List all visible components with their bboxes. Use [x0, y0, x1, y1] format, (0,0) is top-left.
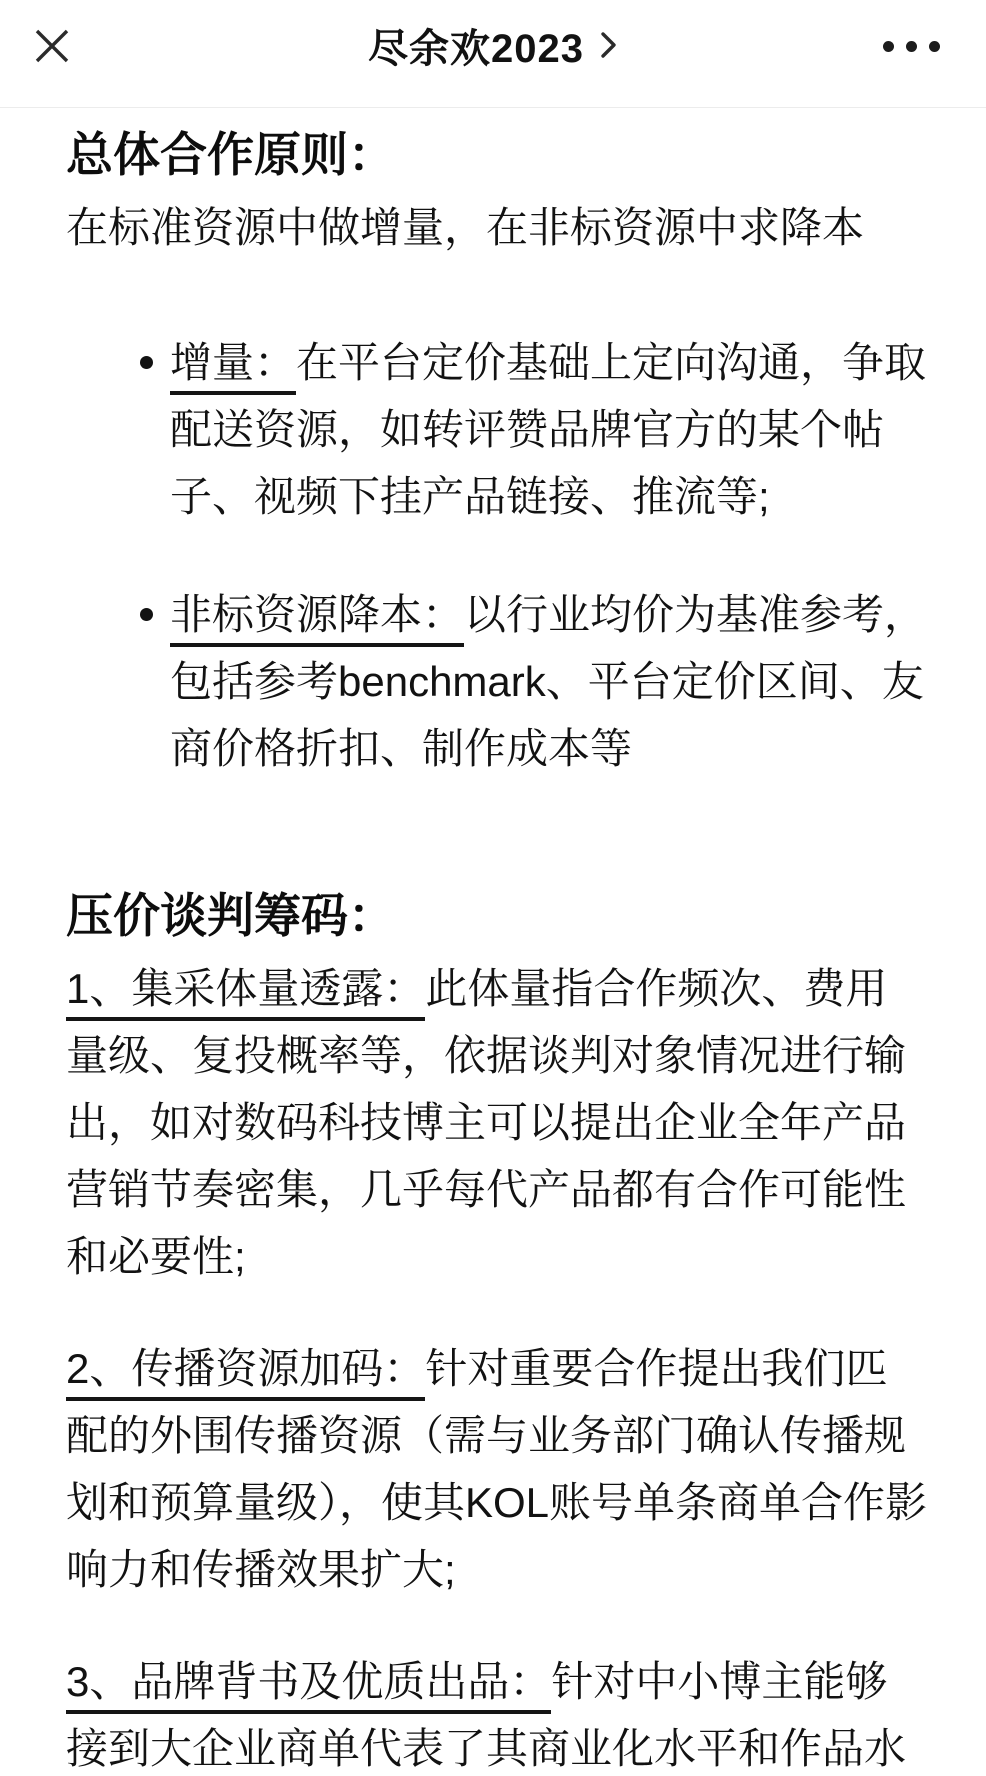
more-button[interactable] [879, 22, 944, 70]
numbered-paragraph-1: 1、集采体量透露：此体量指合作频次、费用量级、复投概率等，依据谈判对象情况进行输… [66, 955, 928, 1290]
section-heading-principles: 总体合作原则： [66, 124, 928, 186]
close-icon [34, 28, 70, 64]
paragraph-lead: 2、传播资源加码： [66, 1345, 425, 1401]
document-content: 总体合作原则： 在标准资源中做增量，在非标资源中求降本 增量：在平台定价基础上定… [0, 108, 986, 1776]
bullet-item-cost-reduction: 非标资源降本：以行业均价为基准参考，包括参考benchmark、平台定价区间、友… [170, 581, 928, 782]
bullet-icon [140, 356, 153, 369]
intro-paragraph: 在标准资源中做增量，在非标资源中求降本 [66, 194, 928, 261]
paragraph-lead: 1、集采体量透露： [66, 965, 425, 1021]
page-title: 尽余欢2023 [368, 17, 584, 74]
chevron-right-icon [600, 29, 618, 61]
bullet-lead: 增量： [170, 339, 296, 395]
bullet-item-increment: 增量：在平台定价基础上定向沟通，争取配送资源，如转评赞品牌官方的某个帖子、视频下… [170, 329, 928, 530]
more-icon [883, 41, 940, 52]
title-group[interactable]: 尽余欢2023 [368, 0, 618, 90]
bullet-icon [140, 608, 153, 621]
note-viewer-page: 尽余欢2023 总体合作原则： 在标准资源中做增量，在非标资源中求降本 增量：在… [0, 0, 986, 1776]
numbered-paragraph-3: 3、品牌背书及优质出品：针对中小博主能够接到大企业商单代表了其商业化水平和作品水 [66, 1648, 928, 1776]
header-inner: 尽余欢2023 [0, 0, 986, 90]
bullet-lead: 非标资源降本： [170, 591, 464, 647]
bullet-list: 增量：在平台定价基础上定向沟通，争取配送资源，如转评赞品牌官方的某个帖子、视频下… [66, 329, 928, 782]
numbered-paragraph-2: 2、传播资源加码：针对重要合作提出我们匹配的外围传播资源（需与业务部门确认传播规… [66, 1335, 928, 1603]
close-button[interactable] [24, 18, 80, 74]
section-heading-bargaining: 压价谈判筹码： [66, 885, 928, 947]
paragraph-lead: 3、品牌背书及优质出品： [66, 1658, 551, 1714]
header-bar: 尽余欢2023 [0, 0, 986, 108]
